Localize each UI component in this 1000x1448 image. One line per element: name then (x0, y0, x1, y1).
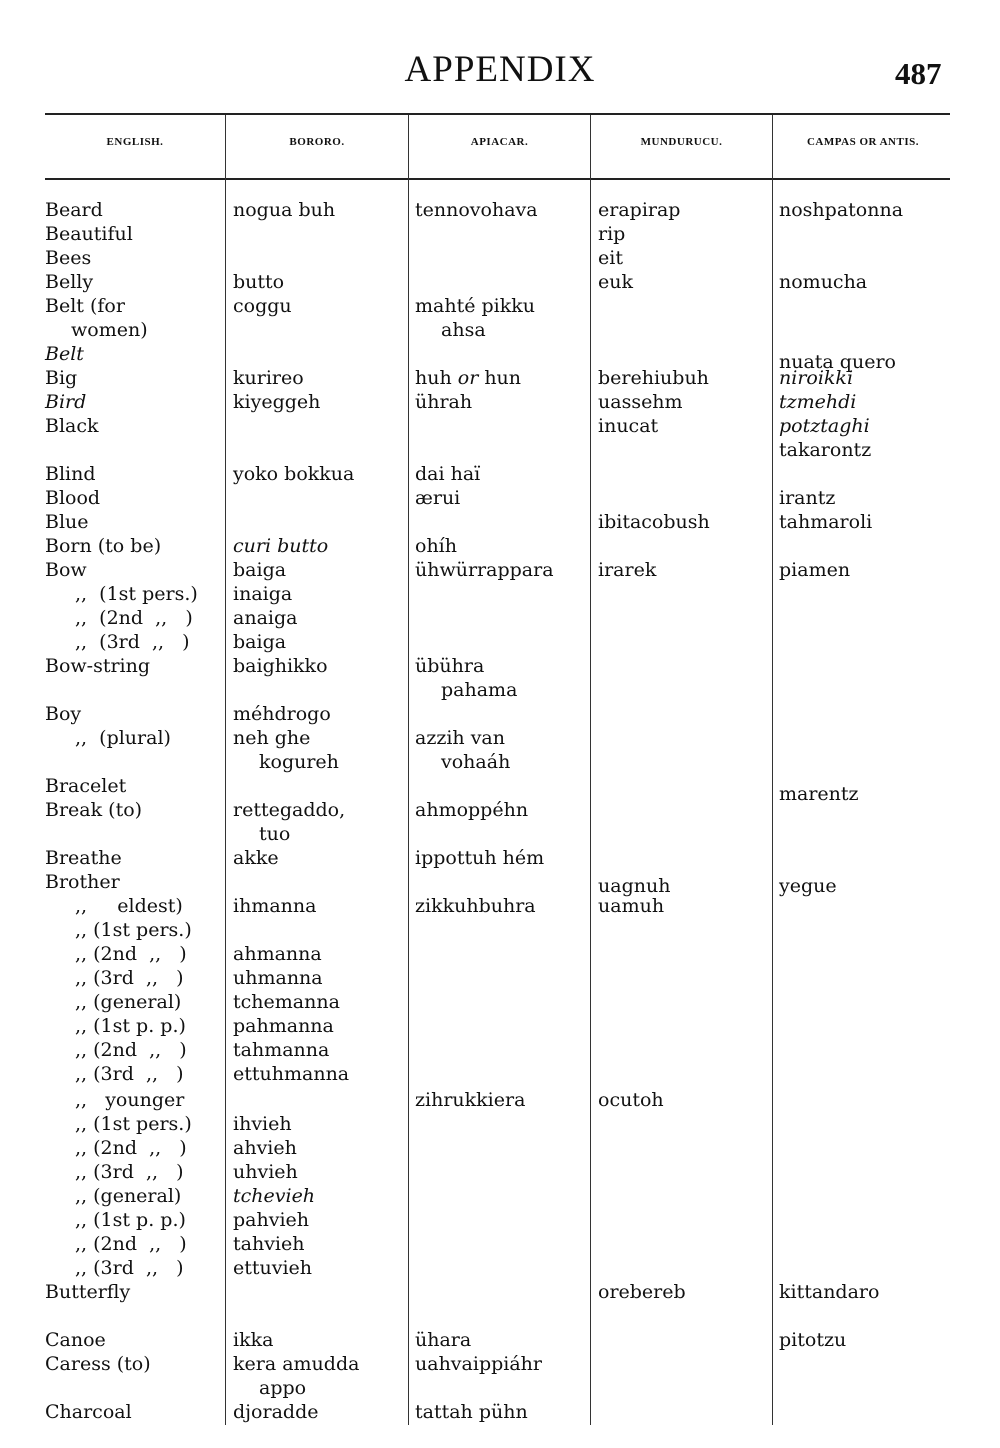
bororo-cell: baiga (233, 558, 286, 582)
column-header-apiacar: APIACAR. (409, 136, 590, 148)
bororo-cell: kiyeggeh (233, 390, 320, 414)
header-bottom-rule (45, 178, 950, 180)
column-divider (772, 115, 773, 1425)
column-header-bororo: BORORO. (226, 136, 408, 148)
campas-cell: pitotzu (779, 1328, 846, 1352)
english-cell: ,, (3rd ,, ) (45, 1256, 184, 1280)
apiacar-cell: tennovohava (415, 198, 538, 222)
bororo-cell: kogureh (233, 750, 339, 774)
apiacar-cell: mahté pikku (415, 294, 535, 318)
bororo-cell: neh ghe (233, 726, 310, 750)
bororo-cell: kurireo (233, 366, 304, 390)
english-cell: Brother (45, 870, 120, 894)
bororo-cell: yoko bokkua (233, 462, 354, 486)
apiacar-cell: ührah (415, 390, 472, 414)
apiacar-cell: ühwürrappara (415, 558, 554, 582)
english-cell: Boy (45, 702, 81, 726)
english-cell: Caress (to) (45, 1352, 151, 1376)
english-cell: Big (45, 366, 77, 390)
mundurucu-cell: ibitacobush (598, 510, 710, 534)
english-cell: ,, (plural) (45, 726, 171, 750)
header-top-rule (45, 113, 950, 115)
bororo-cell: ikka (233, 1328, 273, 1352)
page-title: APPENDIX (0, 48, 1000, 91)
campas-cell: nomucha (779, 270, 867, 294)
english-cell: Bow-string (45, 654, 150, 678)
english-cell: ,, (1st pers.) (45, 582, 198, 606)
bororo-cell: tuo (233, 822, 290, 846)
english-cell: ,, (general) (45, 1184, 181, 1208)
bororo-cell: ahmanna (233, 942, 322, 966)
english-cell: Bracelet (45, 774, 126, 798)
mundurucu-cell: orebereb (598, 1280, 686, 1304)
english-cell: ,, (2nd ,, ) (45, 1232, 187, 1256)
bororo-cell: uhmanna (233, 966, 323, 990)
mundurucu-cell: berehiubuh (598, 366, 709, 390)
english-cell: Breathe (45, 846, 122, 870)
column-header-mundurucu: MUNDURUCU. (591, 136, 772, 148)
campas-cell: tzmehdi (779, 390, 856, 414)
bororo-cell: anaiga (233, 606, 297, 630)
bororo-cell: curi butto (233, 534, 328, 558)
apiacar-cell: azzih van (415, 726, 505, 750)
bororo-cell: tahmanna (233, 1038, 329, 1062)
mundurucu-cell: erapirap (598, 198, 680, 222)
bororo-cell: ettuvieh (233, 1256, 312, 1280)
apiacar-cell: vohaáh (415, 750, 510, 774)
english-cell: ,, (2nd ,, ) (45, 1136, 187, 1160)
bororo-cell: kera amudda (233, 1352, 359, 1376)
campas-cell: marentz (779, 782, 859, 806)
campas-cell: takarontz (779, 438, 871, 462)
bororo-cell: tahvieh (233, 1232, 305, 1256)
english-cell: Bees (45, 246, 91, 270)
bororo-cell: inaiga (233, 582, 292, 606)
mundurucu-cell: uassehm (598, 390, 683, 414)
mundurucu-cell: rip (598, 222, 625, 246)
apiacar-cell: tattah pühn (415, 1400, 528, 1424)
campas-cell: irantz (779, 486, 835, 510)
english-cell: Blind (45, 462, 96, 486)
english-cell: ,, (general) (45, 990, 181, 1014)
bororo-cell: coggu (233, 294, 292, 318)
column-header-campas: CAMPAS OR ANTIS. (773, 136, 953, 148)
campas-cell: niroikki (779, 366, 853, 390)
english-cell: Break (to) (45, 798, 142, 822)
english-cell: ,, (1st pers.) (45, 918, 192, 942)
english-cell: ,, (1st pers.) (45, 1112, 192, 1136)
mundurucu-cell: ocutoh (598, 1088, 664, 1112)
bororo-cell: tchevieh (233, 1184, 315, 1208)
apiacar-cell: ahsa (415, 318, 486, 342)
campas-cell: noshpatonna (779, 198, 903, 222)
english-cell: ,, (1st p. p.) (45, 1014, 186, 1038)
apiacar-cell: ippottuh hém (415, 846, 544, 870)
campas-cell: potztaghi (779, 414, 870, 438)
bororo-cell: baiga (233, 630, 286, 654)
english-cell: women) (45, 318, 148, 342)
english-cell: Belt (45, 342, 84, 366)
apiacar-cell: ahmoppéhn (415, 798, 528, 822)
campas-cell: piamen (779, 558, 850, 582)
apiacar-cell: ühara (415, 1328, 471, 1352)
bororo-cell: butto (233, 270, 284, 294)
english-cell: ,, (3rd ,, ) (45, 630, 190, 654)
mundurucu-cell: irarek (598, 558, 656, 582)
bororo-cell: appo (233, 1376, 306, 1400)
english-cell: Bow (45, 558, 87, 582)
english-cell: Charcoal (45, 1400, 132, 1424)
bororo-cell: ihvieh (233, 1112, 292, 1136)
mundurucu-cell: eit (598, 246, 623, 270)
bororo-cell: ahvieh (233, 1136, 297, 1160)
bororo-cell: uhvieh (233, 1160, 298, 1184)
english-cell: ,, (3rd ,, ) (45, 1160, 184, 1184)
apiacar-cell: ohíh (415, 534, 457, 558)
english-cell: ,, eldest) (45, 894, 183, 918)
english-cell: ,, (1st p. p.) (45, 1208, 186, 1232)
english-cell: Blue (45, 510, 89, 534)
campas-cell: yegue (779, 874, 837, 898)
bororo-cell: pahmanna (233, 1014, 334, 1038)
apiacar-cell: dai haï (415, 462, 480, 486)
english-cell: ,, (3rd ,, ) (45, 966, 184, 990)
apiacar-cell: huh or hun (415, 366, 521, 390)
apiacar-cell: übühra (415, 654, 484, 678)
campas-cell: tahmaroli (779, 510, 872, 534)
bororo-cell: akke (233, 846, 279, 870)
english-cell: Belt (for (45, 294, 125, 318)
english-cell: Beautiful (45, 222, 133, 246)
english-cell: ,, (2nd ,, ) (45, 1038, 187, 1062)
english-cell: Blood (45, 486, 100, 510)
bororo-cell: nogua buh (233, 198, 335, 222)
apiacar-cell: ærui (415, 486, 460, 510)
column-header-english: ENGLISH. (45, 136, 225, 148)
bororo-cell: ihmanna (233, 894, 316, 918)
column-divider (225, 115, 226, 1425)
mundurucu-cell: uamuh (598, 894, 664, 918)
bororo-cell: tchemanna (233, 990, 340, 1014)
column-divider (590, 115, 591, 1425)
english-cell: ,, (2nd ,, ) (45, 942, 187, 966)
english-cell: ,, younger (45, 1088, 184, 1112)
mundurucu-cell: inucat (598, 414, 658, 438)
english-cell: ,, (3rd ,, ) (45, 1062, 184, 1086)
mundurucu-cell: euk (598, 270, 633, 294)
english-cell: Black (45, 414, 99, 438)
bororo-cell: pahvieh (233, 1208, 309, 1232)
bororo-cell: baighikko (233, 654, 328, 678)
bororo-cell: méhdrogo (233, 702, 331, 726)
bororo-cell: ettuhmanna (233, 1062, 349, 1086)
apiacar-cell: zihrukkiera (415, 1088, 525, 1112)
english-cell: Beard (45, 198, 103, 222)
english-cell: ,, (2nd ,, ) (45, 606, 193, 630)
english-cell: Butterfly (45, 1280, 130, 1304)
english-cell: Born (to be) (45, 534, 161, 558)
campas-cell: kittandaro (779, 1280, 879, 1304)
apiacar-cell: pahama (415, 678, 517, 702)
column-divider (408, 115, 409, 1425)
apiacar-cell: zikkuhbuhra (415, 894, 536, 918)
english-cell: Belly (45, 270, 93, 294)
english-cell: Canoe (45, 1328, 106, 1352)
apiacar-cell: uahvaippiáhr (415, 1352, 542, 1376)
bororo-cell: rettegaddo, (233, 798, 345, 822)
page-number: 487 (895, 56, 942, 92)
bororo-cell: djoradde (233, 1400, 318, 1424)
english-cell: Bird (45, 390, 86, 414)
